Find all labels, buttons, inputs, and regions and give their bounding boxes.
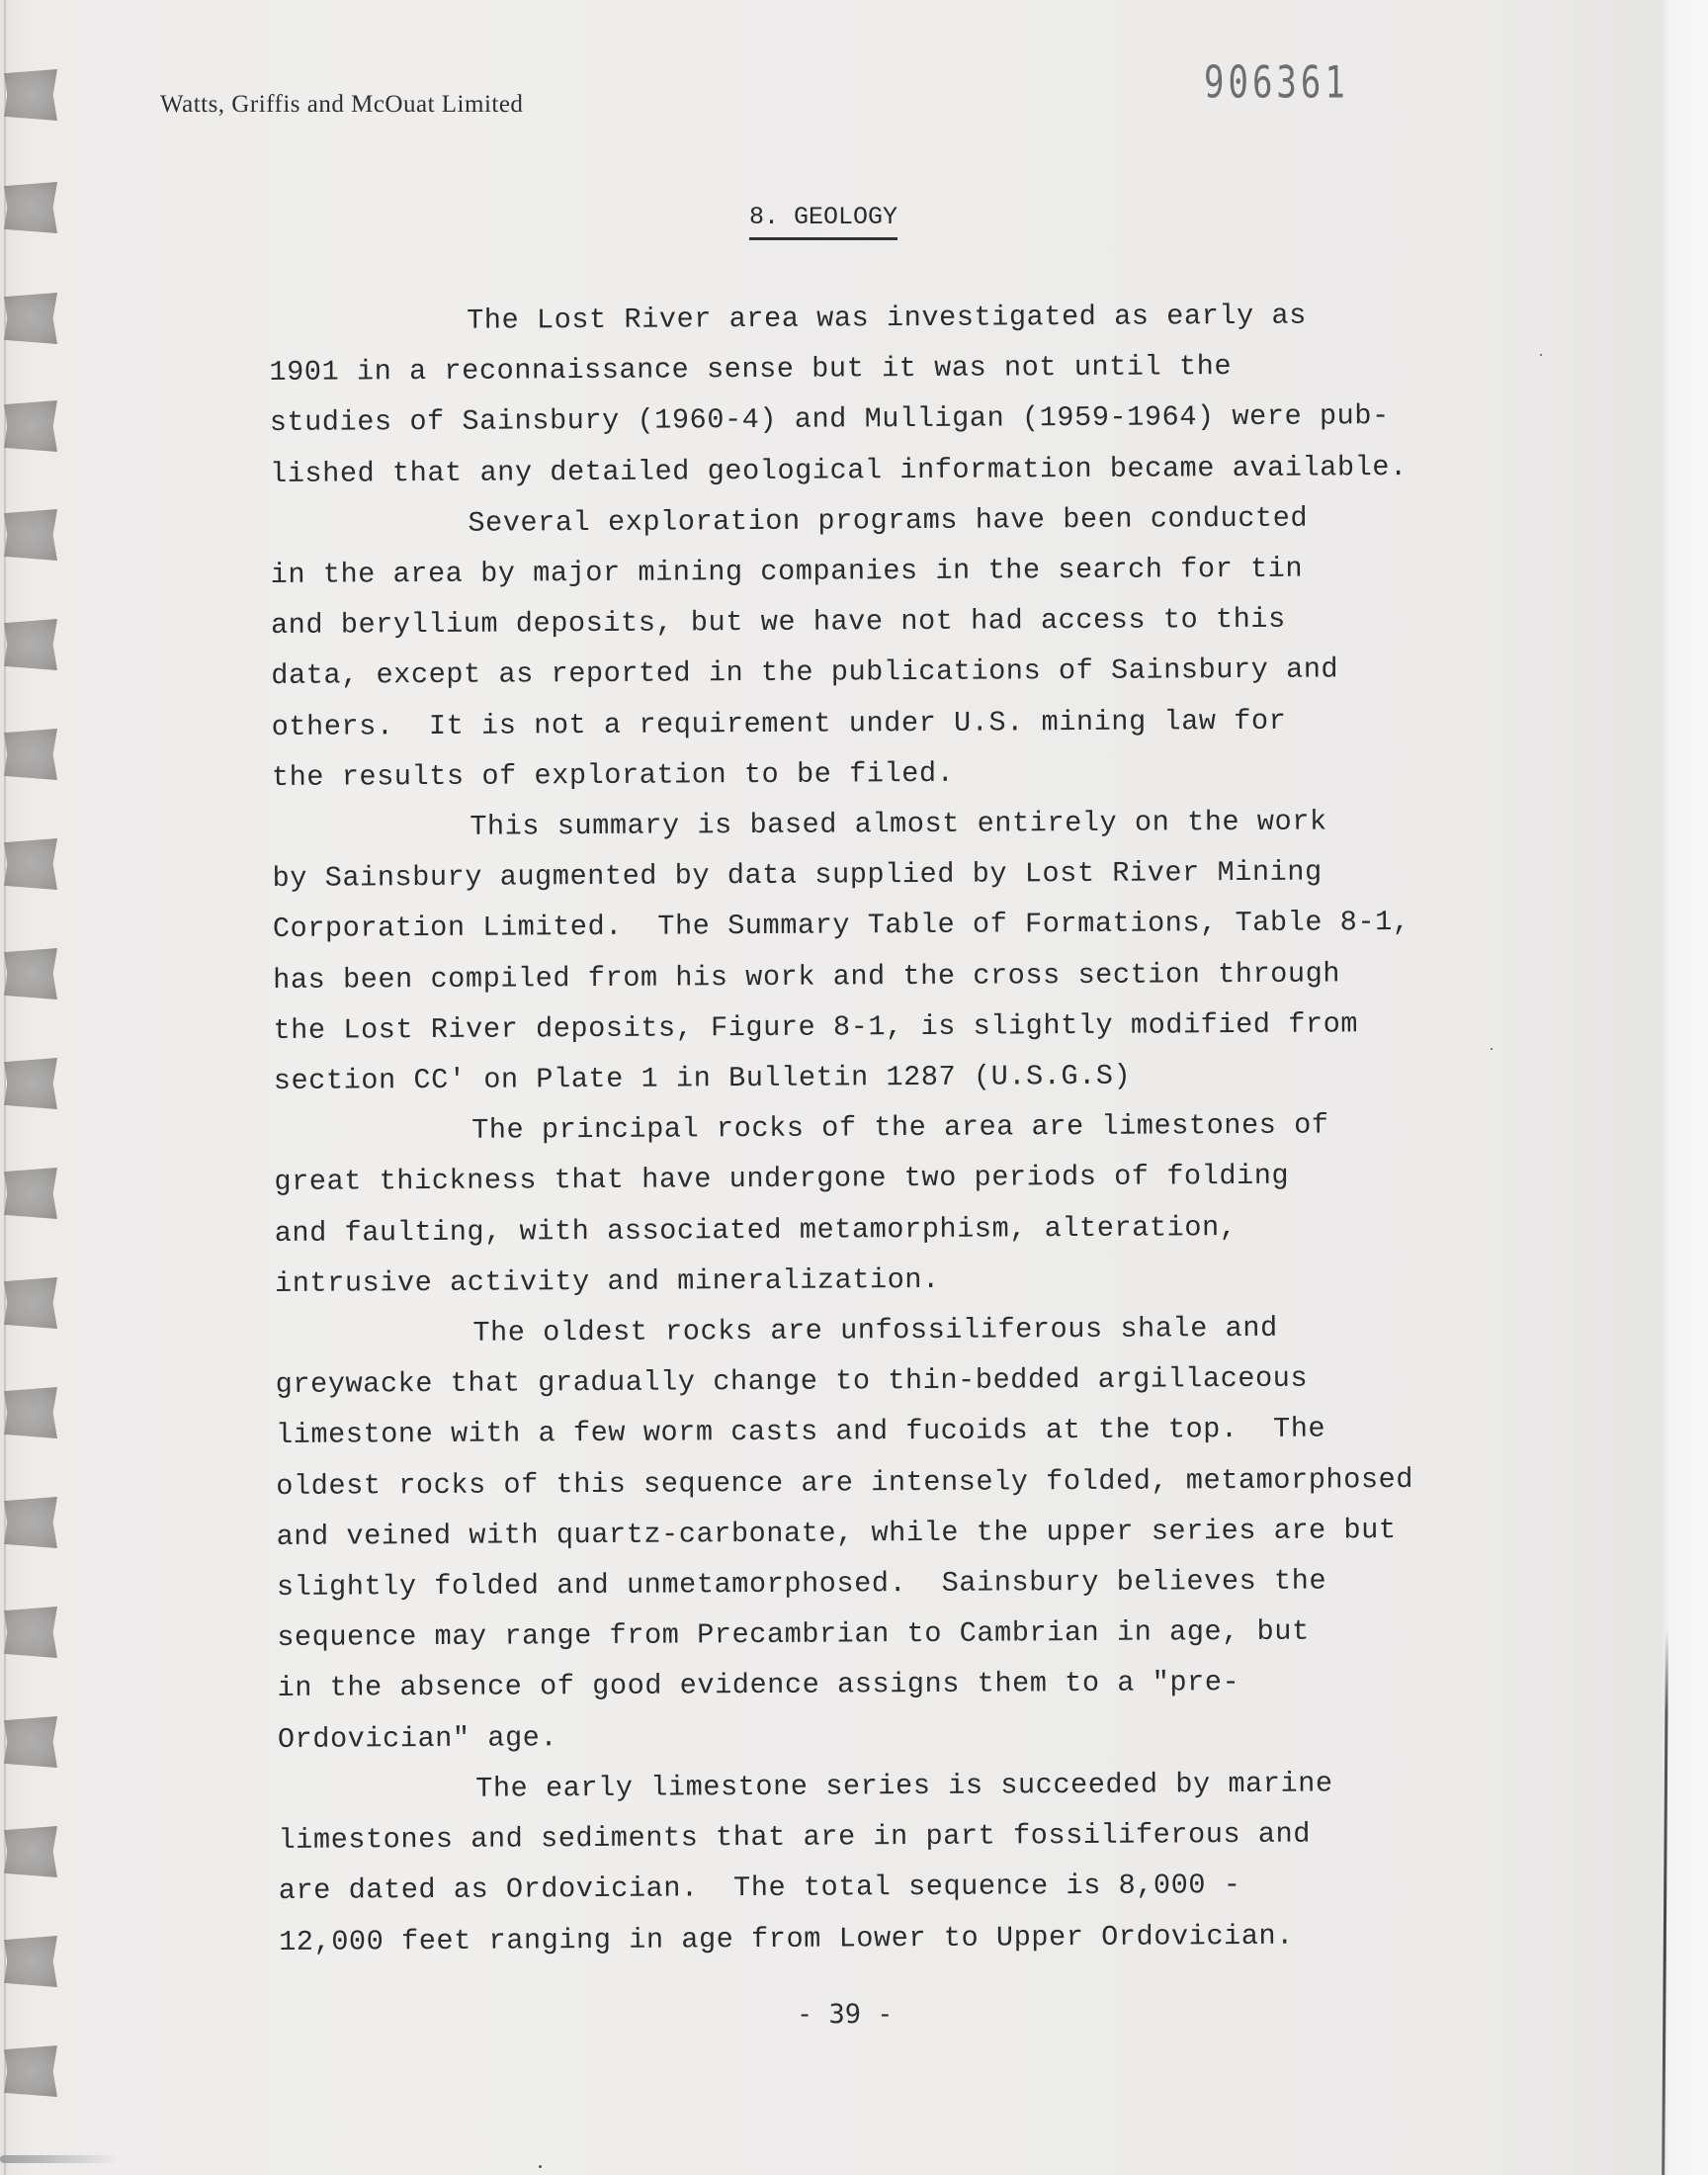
scan-speck [1491,1048,1493,1050]
page-number: - 39 - [797,1999,894,2030]
binding-hole-icon [4,1607,57,1658]
text-line: greywacke that gradually change to thin-… [276,1351,1600,1410]
text-line: slightly folded and unmetamorphosed. Sai… [277,1554,1601,1612]
text-line: and beryllium deposits, but we have not … [271,592,1595,651]
text-line: and faulting, with associated metamorphi… [275,1199,1599,1258]
text-line: data, except as reported in the publicat… [271,643,1595,701]
binding-hole-icon [4,1936,57,1987]
binding-hole-icon [4,1277,57,1329]
paragraph: The principal rocks of the area are lime… [274,1098,1599,1309]
binding-hole-icon [4,1387,57,1438]
binding-hole-icon [4,948,57,1000]
text-line: limestones and sediments that are in par… [278,1807,1602,1866]
text-line: in the area by major mining companies in… [271,542,1595,600]
text-line: intrusive activity and mineralization. [275,1251,1599,1309]
text-line: The early limestone series is succeeded … [278,1757,1602,1815]
page-right-edge-shadow [1662,1631,1668,2175]
binding-hole-icon [4,2045,57,2097]
text-line: oldest rocks of this sequence are intens… [276,1452,1600,1511]
text-line: The Lost River area was investigated as … [269,289,1593,347]
text-line: sequence may range from Precambrian to C… [277,1605,1601,1663]
section-heading: 8. GEOLOGY [749,203,897,240]
text-line: Ordovician" age. [278,1705,1602,1764]
text-line: section CC' on Plate 1 in Bulletin 1287 … [274,1048,1598,1106]
paragraph: The early limestone series is succeeded … [278,1757,1603,1967]
text-line: are dated as Ordovician. The total seque… [279,1858,1603,1916]
text-line: the results of exploration to be filed. [272,744,1596,803]
text-line: The principal rocks of the area are lime… [274,1098,1598,1157]
binding-hole-icon [4,293,57,344]
scan-speck [1540,354,1542,356]
letterhead: Watts, Griffis and McOuat Limited [160,91,523,119]
binding-hole-icon [4,69,57,121]
text-line: limestone with a few worm casts and fuco… [276,1402,1600,1460]
text-line: others. It is not a requirement under U.… [272,693,1596,751]
document-number: 906361 [1204,57,1349,109]
text-line: 1901 in a reconnaissance sense but it wa… [269,339,1593,397]
binding-hole-icon [4,182,57,233]
paragraph: The Lost River area was investigated as … [269,289,1594,499]
text-line: 12,000 feet ranging in age from Lower to… [279,1908,1603,1966]
paragraph: Several exploration programs have been c… [270,491,1596,803]
text-line: great thickness that have undergone two … [274,1149,1598,1207]
paragraph: This summary is based almost entirely on… [272,795,1598,1106]
binding-hole-icon [4,619,57,670]
binding-hole-icon [4,1058,57,1109]
binding-hole-icon [4,838,57,890]
text-line: by Sainsbury augmented by data supplied … [272,845,1596,904]
text-line: Several exploration programs have been c… [270,491,1594,550]
page-left-edge [4,0,6,2175]
text-line: lished that any detailed geological info… [270,440,1594,498]
scan-speck [539,2165,542,2168]
binding-hole-icon [4,400,57,452]
text-line: This summary is based almost entirely on… [272,795,1596,853]
text-line: Corporation Limited. The Summary Table o… [273,896,1597,954]
text-line: studies of Sainsbury (1960-4) and Mullig… [270,390,1594,448]
text-line: has been compiled from his work and the … [273,946,1597,1004]
binding-hole-icon [4,729,57,780]
binding-hole-icon [4,1716,57,1768]
text-line: in the absence of good evidence assigns … [277,1655,1601,1713]
text-line: the Lost River deposits, Figure 8-1, is … [273,998,1597,1056]
binding-hole-icon [4,1168,57,1219]
binding-hole-icon [4,509,57,561]
text-line: and veined with quartz-carbonate, while … [277,1504,1601,1562]
binding-hole-icon [4,1826,57,1877]
scanned-page: Watts, Griffis and McOuat Limited 906361… [0,0,1708,2175]
binding-hole-icon [4,1497,57,1548]
text-line: The oldest rocks are unfossiliferous sha… [275,1301,1599,1359]
scan-smudge [0,2155,119,2163]
paragraph: The oldest rocks are unfossiliferous sha… [275,1301,1602,1765]
body-text: The Lost River area was investigated as … [269,289,1603,1967]
